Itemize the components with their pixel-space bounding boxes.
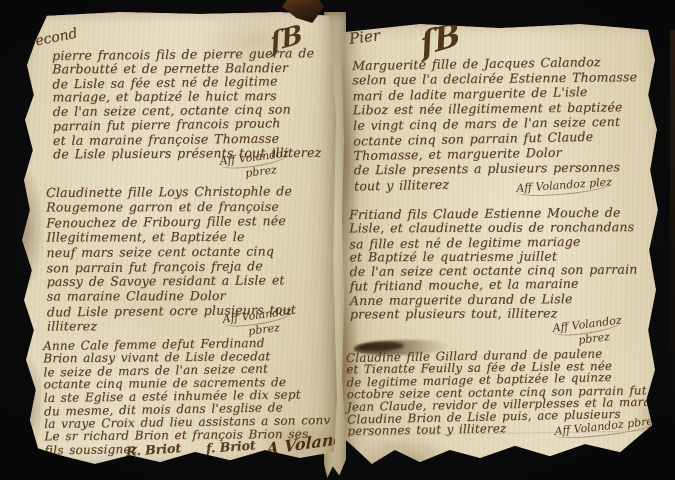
right-page-header: Pier	[348, 26, 381, 48]
baptism-entry-marguerite: Marguerite fille de Jacques Calandozselo…	[352, 54, 639, 193]
manuscript-scan: ſecond ſB pierre francois fils de pierre…	[0, 0, 675, 480]
signature-r-briot: R. Briot	[126, 440, 182, 459]
baptism-entry-pierre-francois: pierre francois fils de pierre guerra de…	[52, 46, 321, 162]
priest-attribution: Aff Volandozpbrez	[552, 315, 624, 350]
left-page: ſecond ſB pierre francois fils de pierre…	[14, 8, 340, 468]
left-page-header: ſecond	[29, 26, 79, 51]
book-block-edge	[670, 30, 675, 430]
priest-attribution: Aff Volandozpbrez	[219, 148, 291, 183]
right-page: Pier ſB Marguerite fille de Jacques Cala…	[340, 20, 665, 472]
baptism-entry-fritiand: Fritiand fils Claude Estienne Mouche deL…	[349, 205, 638, 322]
